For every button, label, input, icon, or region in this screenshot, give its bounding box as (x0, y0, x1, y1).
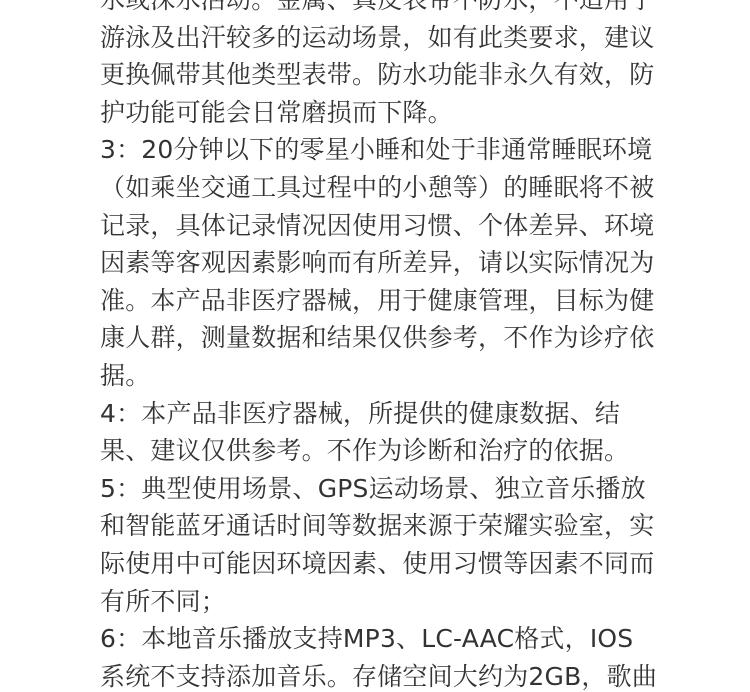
text-line-note6: 6：本地音乐播放支持MP3、LC-AAC格式，IOS (100, 620, 660, 658)
text-line: 因素等客观因素影响而有所差异，请以实际情况为 (100, 244, 660, 282)
text-line-note5: 5：典型使用场景、GPS运动场景、独立音乐播放 (100, 470, 660, 508)
text-line: 游泳及出汗较多的运动场景，如有此类要求，建议 (100, 19, 660, 57)
text-line: （如乘坐交通工具过程中的小憩等）的睡眠将不被 (100, 169, 660, 207)
text-line: 际使用中可能因环境因素、使用习惯等因素不同而 (100, 545, 660, 583)
text-line: 有所不同； (100, 583, 660, 621)
text-line: 准。本产品非医疗器械，用于健康管理，目标为健 (100, 282, 660, 320)
text-line: 据。 (100, 357, 660, 395)
text-line: 更换佩带其他类型表带。防水功能非永久有效，防 (100, 56, 660, 94)
text-line-note3: 3：20分钟以下的零星小睡和处于非通常睡眠环境 (100, 131, 660, 169)
text-line: 果、建议仅供参考。不作为诊断和治疗的依据。 (100, 432, 660, 470)
text-line: 系统不支持添加音乐。存储空间大约为2GB，歌曲 (100, 658, 660, 692)
text-line: 和智能蓝牙通话时间等数据来源于荣耀实验室，实 (100, 507, 660, 545)
text-line: 护功能可能会日常磨损而下降。 (100, 94, 660, 132)
text-line-note4: 4：本产品非医疗器械，所提供的健康数据、结 (100, 395, 660, 433)
text-line-note2-continued: 水或深水活动。金属、真皮表带不防水，不适用于 (100, 0, 660, 19)
text-line: 康人群，测量数据和结果仅供参考，不作为诊疗依 (100, 319, 660, 357)
disclaimer-text-block: 水或深水活动。金属、真皮表带不防水，不适用于 游泳及出汗较多的运动场景，如有此类… (100, 0, 660, 692)
text-line: 记录，具体记录情况因使用习惯、个体差异、环境 (100, 207, 660, 245)
